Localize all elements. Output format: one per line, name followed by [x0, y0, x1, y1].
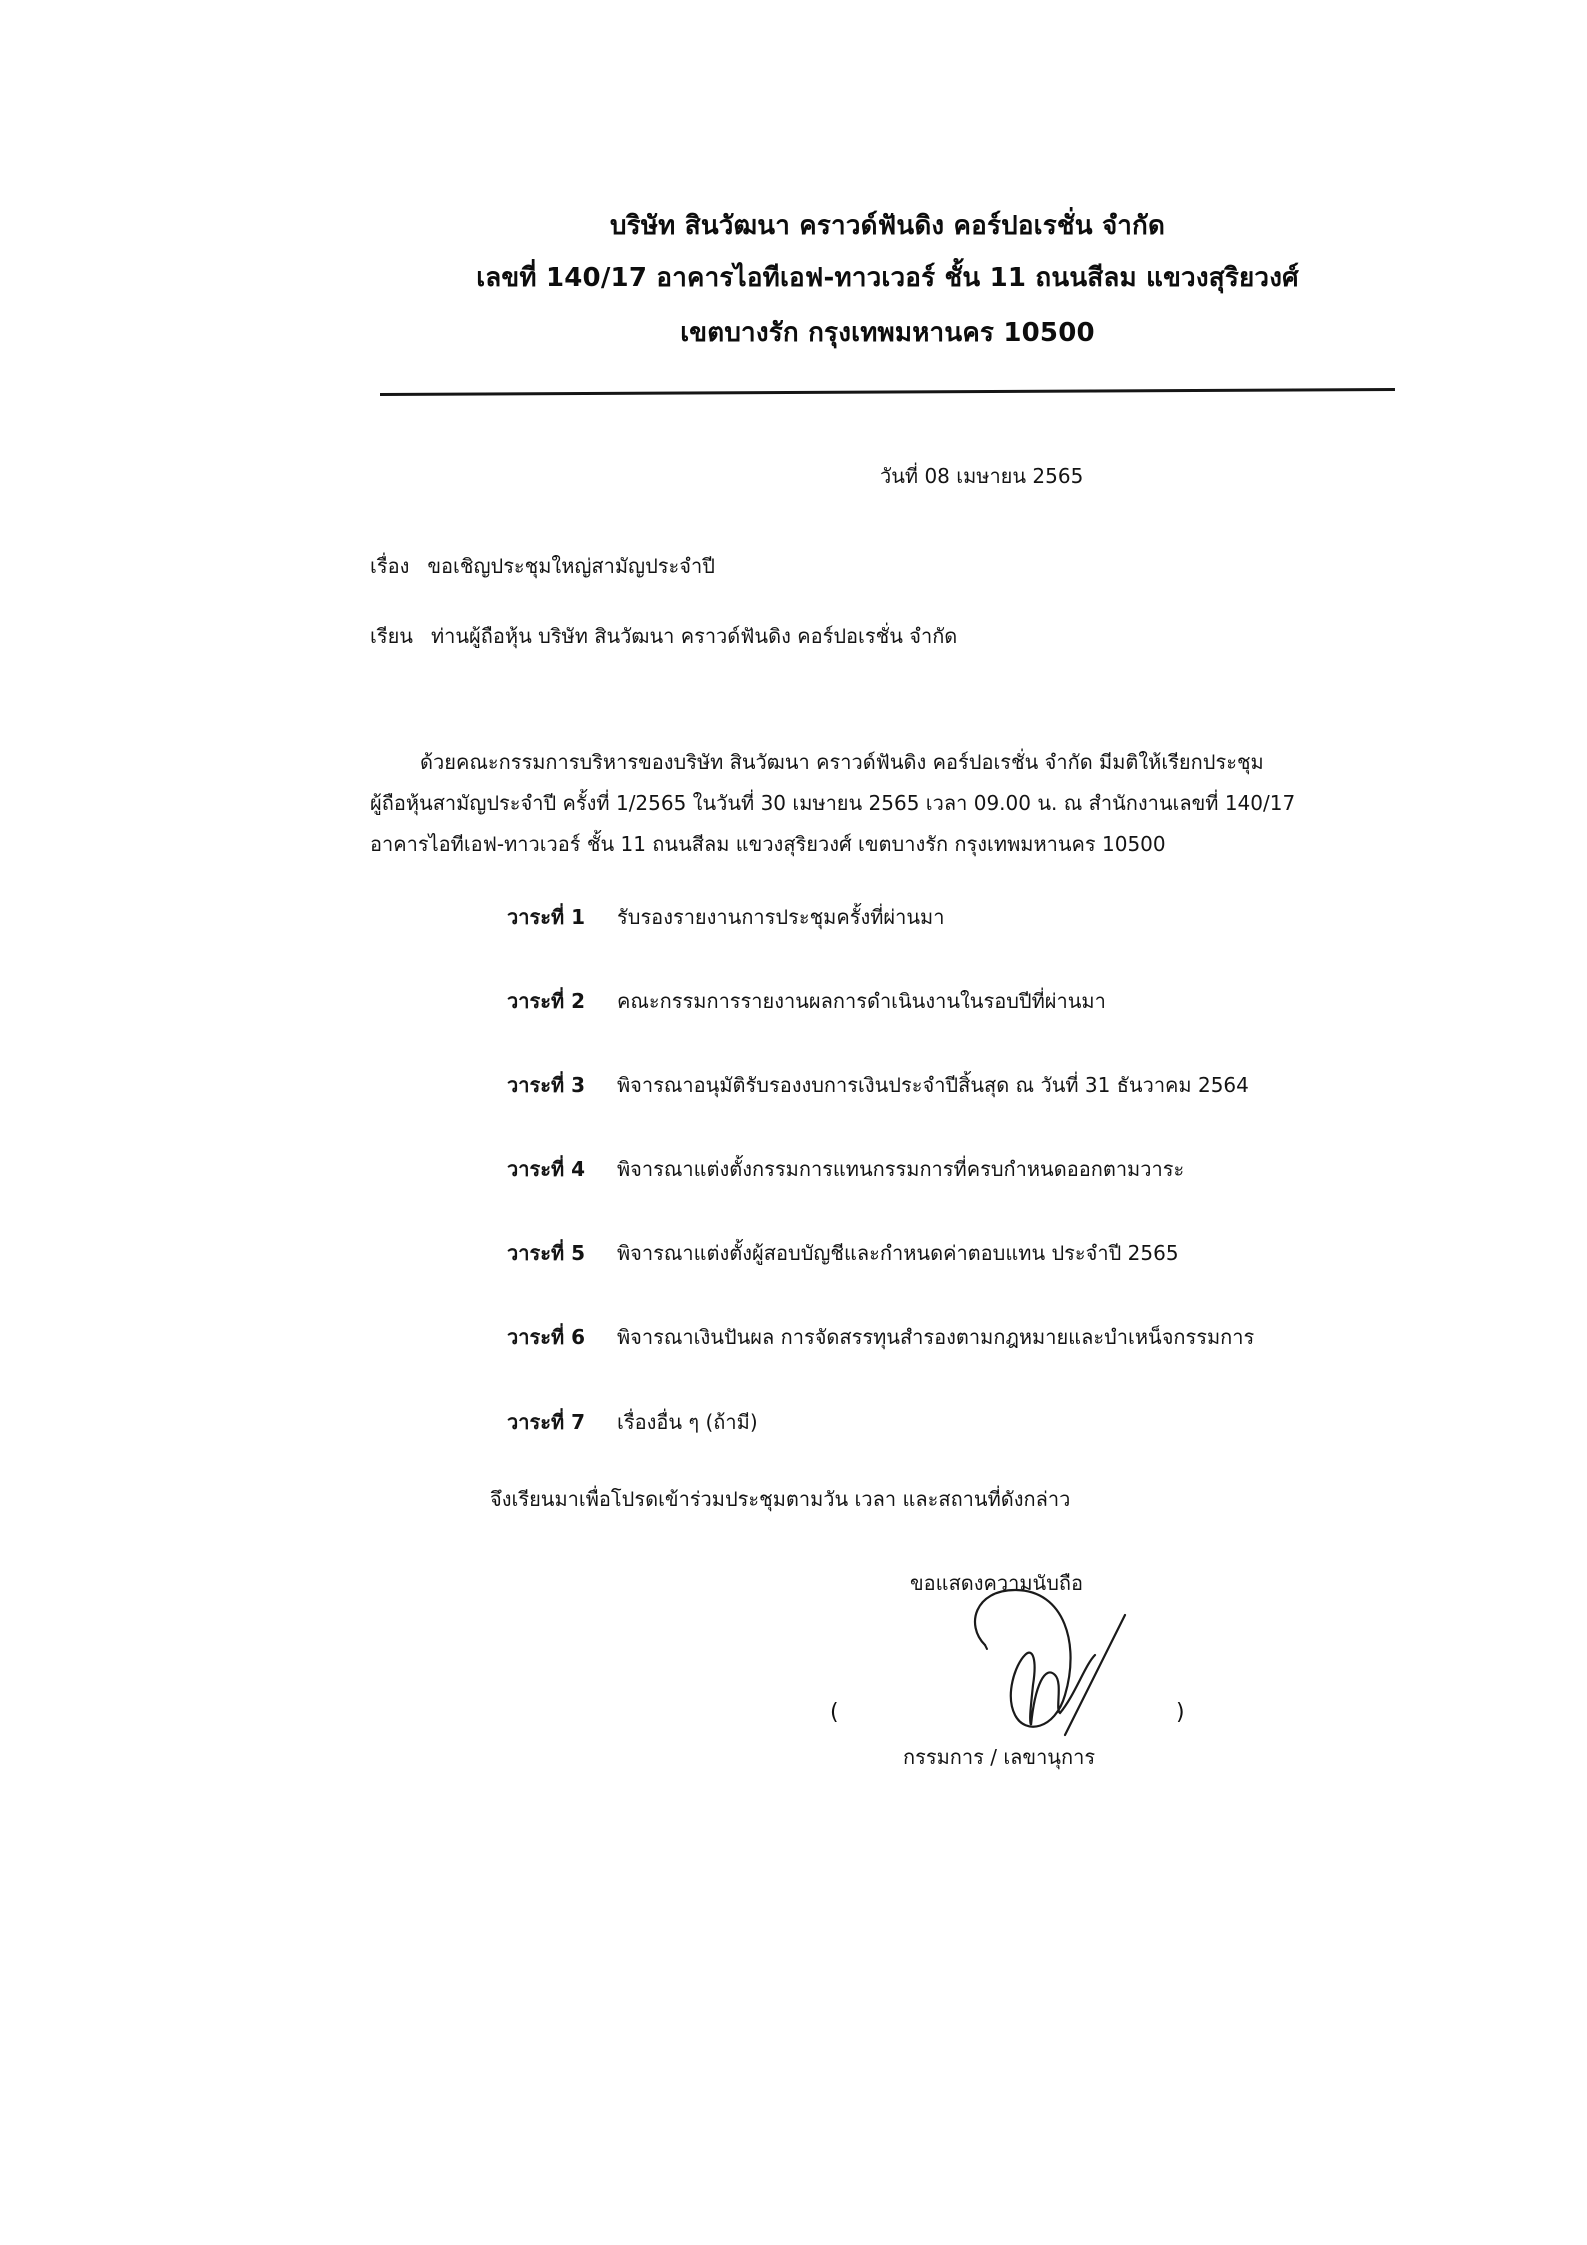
agenda-text: เรื่องอื่น ๆ (ถ้ามี): [617, 1410, 758, 1434]
letter-date: วันที่ 08 เมษายน 2565: [880, 466, 1083, 486]
agenda-label: วาระที่ 1: [507, 901, 617, 933]
agenda-text: รับรองรายงานการประชุมครั้งที่ผ่านมา: [617, 905, 944, 929]
agenda-item: วาระที่ 2คณะกรรมการรายงานผลการดำเนินงานใ…: [507, 985, 1106, 1017]
letter-page: บริษัท สินวัฒนา คราวด์ฟันดิง คอร์ปอเรชั่…: [0, 0, 1587, 2245]
closing-sentence: จึงเรียนมาเพื่อโปรดเข้าร่วมประชุมตามวัน …: [490, 1489, 1070, 1509]
agenda-text: พิจารณาแต่งตั้งผู้สอบบัญชีและกำหนดค่าตอบ…: [617, 1241, 1179, 1265]
body-line: อาคารไอทีเอฟ-ทาวเวอร์ ชั้น 11 ถนนสีลม แข…: [370, 824, 1390, 865]
signature-image: [945, 1585, 1145, 1745]
subject-text: ขอเชิญประชุมใหญ่สามัญประจำปี: [427, 554, 715, 578]
signature-paren-close: ): [1176, 1700, 1185, 1725]
agenda-item: วาระที่ 5พิจารณาแต่งตั้งผู้สอบบัญชีและกำ…: [507, 1237, 1179, 1269]
company-name: บริษัท สินวัฒนา คราวด์ฟันดิง คอร์ปอเรชั่…: [380, 205, 1395, 246]
agenda-item: วาระที่ 6พิจารณาเงินปันผล การจัดสรรทุนสำ…: [507, 1321, 1254, 1353]
agenda-label: วาระที่ 3: [507, 1069, 617, 1101]
recipient-label: เรียน: [370, 624, 413, 648]
agenda-label: วาระที่ 7: [507, 1406, 617, 1438]
recipient-text: ท่านผู้ถือหุ้น บริษัท สินวัฒนา คราวด์ฟัน…: [431, 624, 957, 648]
agenda-label: วาระที่ 6: [507, 1321, 617, 1353]
agenda-label: วาระที่ 5: [507, 1237, 617, 1269]
body-line: ด้วยคณะกรรมการบริหารของบริษัท สินวัฒนา ค…: [370, 742, 1390, 783]
subject-line: เรื่องขอเชิญประชุมใหญ่สามัญประจำปี: [370, 556, 715, 576]
body-line: ผู้ถือหุ้นสามัญประจำปี ครั้งที่ 1/2565 ใ…: [370, 783, 1390, 824]
agenda-text: คณะกรรมการรายงานผลการดำเนินงานในรอบปีที่…: [617, 989, 1106, 1013]
agenda-item: วาระที่ 7เรื่องอื่น ๆ (ถ้ามี): [507, 1406, 758, 1438]
subject-label: เรื่อง: [370, 554, 409, 578]
company-address-line1: เลขที่ 140/17 อาคารไอทีเอฟ-ทาวเวอร์ ชั้น…: [380, 257, 1395, 298]
agenda-text: พิจารณาอนุมัติรับรองงบการเงินประจำปีสิ้น…: [617, 1073, 1249, 1097]
recipient-line: เรียนท่านผู้ถือหุ้น บริษัท สินวัฒนา คราว…: [370, 626, 957, 646]
agenda-item: วาระที่ 1รับรองรายงานการประชุมครั้งที่ผ่…: [507, 901, 944, 933]
agenda-item: วาระที่ 3พิจารณาอนุมัติรับรองงบการเงินปร…: [507, 1069, 1249, 1101]
signer-title: กรรมการ / เลขานุการ: [903, 1747, 1095, 1767]
letterhead-divider: [380, 388, 1395, 396]
agenda-text: พิจารณาแต่งตั้งกรรมการแทนกรรมการที่ครบกำ…: [617, 1157, 1184, 1181]
agenda-text: พิจารณาเงินปันผล การจัดสรรทุนสำรองตามกฎห…: [617, 1325, 1254, 1349]
agenda-item: วาระที่ 4พิจารณาแต่งตั้งกรรมการแทนกรรมกา…: [507, 1153, 1184, 1185]
body-paragraph: ด้วยคณะกรรมการบริหารของบริษัท สินวัฒนา ค…: [370, 742, 1390, 865]
signature-paren-open: (: [830, 1700, 839, 1725]
agenda-label: วาระที่ 2: [507, 985, 617, 1017]
company-address-line2: เขตบางรัก กรุงเทพมหานคร 10500: [380, 312, 1395, 353]
agenda-label: วาระที่ 4: [507, 1153, 617, 1185]
